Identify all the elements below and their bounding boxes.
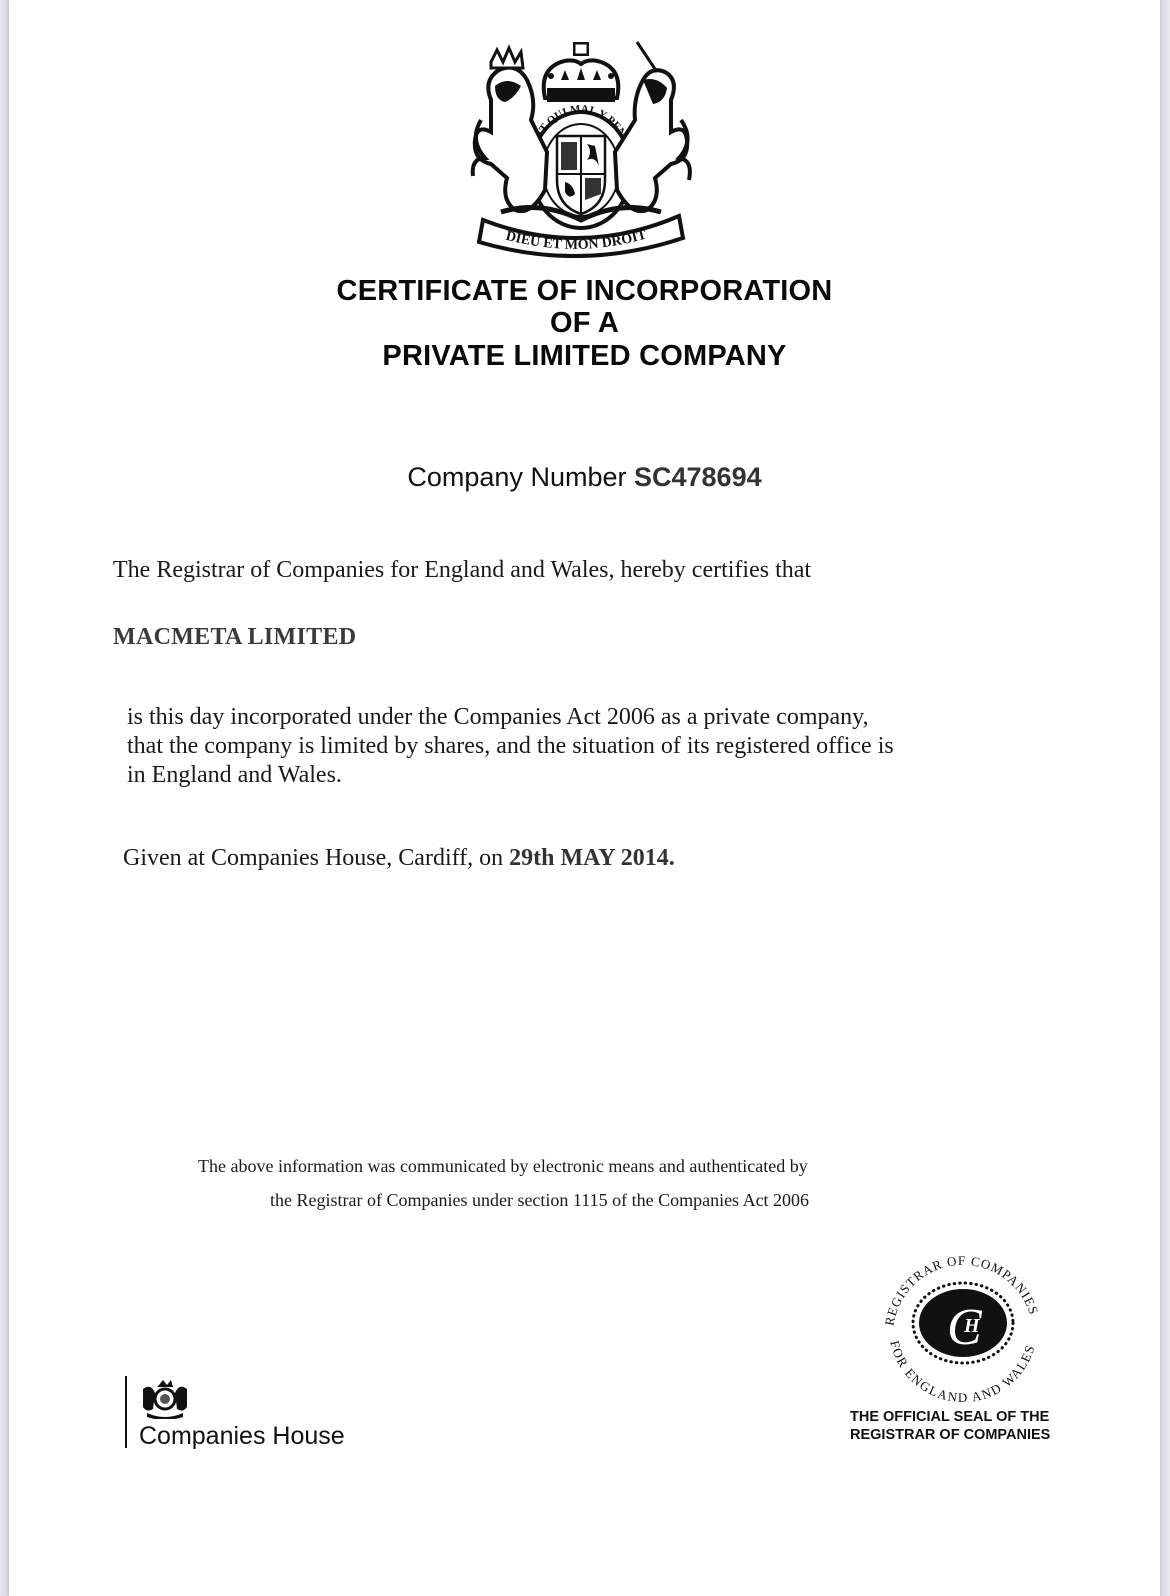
incorporation-line-3: in England and Wales. <box>127 761 1027 790</box>
incorporation-line-1: is this day incorporated under the Compa… <box>127 703 1027 732</box>
companies-house-wordmark: Companies House <box>139 1422 345 1451</box>
certificate-title-line-3: PRIVATE LIMITED COMPANY <box>9 340 1160 372</box>
authentication-note-line-1: The above information was communicated b… <box>198 1156 808 1177</box>
seal-caption-line-2: REGISTRAR OF COMPANIES <box>850 1426 1050 1444</box>
authentication-note-line-2: the Registrar of Companies under section… <box>270 1190 809 1211</box>
certificate-title-line-2: OF A <box>9 307 1160 339</box>
companies-house-crest-icon <box>139 1379 191 1419</box>
svg-text:H: H <box>963 1315 981 1337</box>
certificate-title-line-1: CERTIFICATE OF INCORPORATION <box>9 275 1160 307</box>
royal-coat-of-arms-icon: HONI SOIT QUI MAL Y PENSE DIEU ET MON DR… <box>461 40 701 258</box>
certificate-page: HONI SOIT QUI MAL Y PENSE DIEU ET MON DR… <box>9 0 1160 1596</box>
given-at-prefix: Given at Companies House, Cardiff, on <box>123 845 503 871</box>
registrar-seal-icon: REGISTRAR OF COMPANIES FOR ENGLAND AND W… <box>871 1240 1051 1415</box>
company-number-label: Company Number <box>407 462 626 492</box>
incorporation-line-2: that the company is limited by shares, a… <box>127 732 1027 761</box>
viewer-right-edge <box>1160 0 1170 1596</box>
viewer-left-edge <box>0 0 9 1596</box>
companies-house-logo: Companies House <box>125 1376 385 1456</box>
seal-caption-line-1: THE OFFICIAL SEAL OF THE <box>850 1408 1050 1426</box>
certifies-statement: The Registrar of Companies for England a… <box>113 557 811 584</box>
seal-caption: THE OFFICIAL SEAL OF THE REGISTRAR OF CO… <box>850 1408 1050 1444</box>
given-at-statement: Given at Companies House, Cardiff, on 29… <box>123 845 675 872</box>
incorporation-statement: is this day incorporated under the Compa… <box>127 703 1027 790</box>
company-name: MACMETA LIMITED <box>113 624 356 651</box>
company-number-value: SC478694 <box>634 462 762 492</box>
company-number-row: Company Number SC478694 <box>9 462 1160 493</box>
logo-divider <box>125 1376 127 1448</box>
incorporation-date: 29th MAY 2014. <box>509 845 675 871</box>
